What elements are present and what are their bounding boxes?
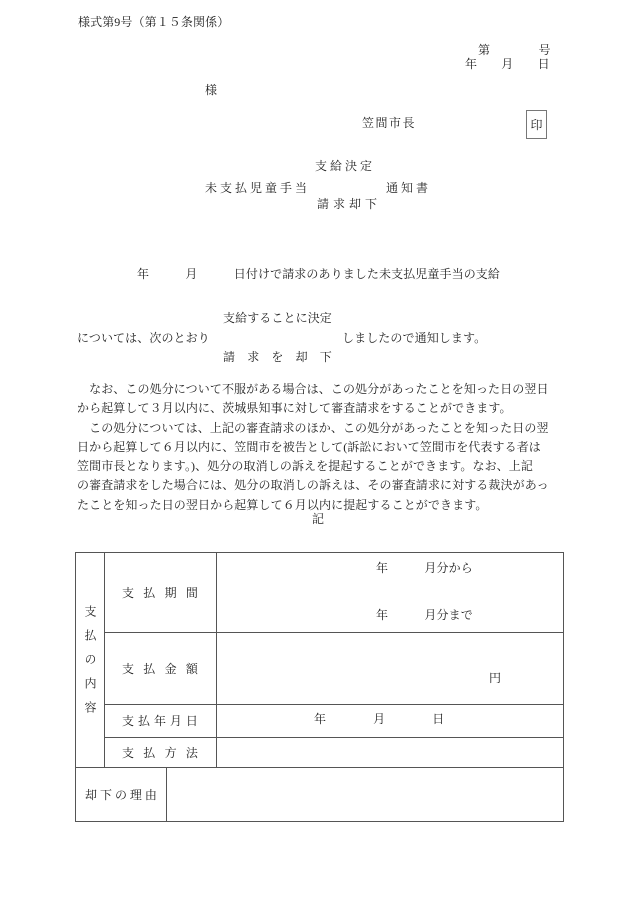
payment-details-table: 支払の内容 支払期間 支払金額 支払年月日 支払方法 却下の理由 年 月分から … <box>75 552 564 822</box>
row-label-rejection: 却下の理由 <box>85 786 157 803</box>
decision-sentence-right: しましたので通知します。 <box>342 332 486 344</box>
decision-option-grant: 支給することに決定 <box>223 312 332 324</box>
appeal-notes: なお、この処分について不服がある場合は、この処分があったことを知った日の翌日 か… <box>77 380 563 515</box>
title-option-grant: 支給決定 <box>315 160 375 172</box>
paydate-month: 月 <box>373 713 385 725</box>
request-line: 年 月 日付けで請求のありました未支払児童手当の支給 <box>137 268 500 280</box>
row-label-amount: 支払金額 <box>122 660 198 677</box>
document-number-line: 第 号 <box>478 44 551 56</box>
note-line: 日から起算して６月以内に、笠間市を被告として(訴訟において笠間市を代表する者は <box>77 438 563 457</box>
period-to-value: 年 月分まで <box>376 609 473 621</box>
row-label-amount-cell: 支払金額 <box>104 632 216 704</box>
decision-sentence-left: については、次のとおり <box>77 332 210 344</box>
row-label-method-cell: 支払方法 <box>104 737 216 767</box>
row-label-paydate-cell: 支払年月日 <box>104 704 216 737</box>
paydate-day: 日 <box>432 713 444 725</box>
note-line: の審査請求をした場合には、処分の取消しの訴えは、その審査請求に対する裁決があっ <box>77 476 563 495</box>
document-date-line: 年 月 日 <box>465 58 550 70</box>
form-number: 様式第9号（第１５条関係） <box>78 16 229 28</box>
note-line: この処分については、上記の審査請求のほか、この処分があったことを知った日の翌 <box>77 419 563 438</box>
note-line: なお、この処分について不服がある場合は、この処分があったことを知った日の翌日 <box>77 380 563 399</box>
note-line: 笠間市長となります。)、処分の取消しの訴えを提起することができます。なお、上記 <box>77 457 563 476</box>
row-label-method: 支払方法 <box>122 744 198 761</box>
row-label-paydate: 支払年月日 <box>122 712 198 729</box>
title-option-reject: 請求却下 <box>317 198 381 210</box>
seal-box: 印 <box>526 110 547 139</box>
ki-marker: 記 <box>312 513 324 525</box>
table-group-label: 支払の内容 <box>84 605 96 725</box>
amount-unit: 円 <box>489 672 501 684</box>
row-label-period-cell: 支払期間 <box>104 553 216 632</box>
table-vline-label <box>216 553 217 767</box>
paydate-year: 年 <box>314 713 326 725</box>
addressee-suffix: 様 <box>205 84 217 96</box>
paydate-value: 年 月 日 <box>314 713 444 725</box>
sender-title: 笠間市長 <box>362 117 416 129</box>
decision-option-reject: 請 求 を 却 下 <box>223 351 332 363</box>
seal-mark: 印 <box>530 116 542 133</box>
period-from-value: 年 月分から <box>376 562 473 574</box>
table-vline-rejection <box>166 767 167 821</box>
title-prefix: 未支払児童手当 <box>205 182 310 194</box>
title-suffix: 通知書 <box>386 182 431 194</box>
document-page: 様式第9号（第１５条関係） 第 号 年 月 日 様 笠間市長 印 支給決定 未支… <box>0 0 630 903</box>
note-line: から起算して３月以内に、茨城県知事に対して審査請求をすることができます。 <box>77 399 563 418</box>
row-label-period: 支払期間 <box>122 584 198 601</box>
row-label-rejection-cell: 却下の理由 <box>76 767 166 821</box>
